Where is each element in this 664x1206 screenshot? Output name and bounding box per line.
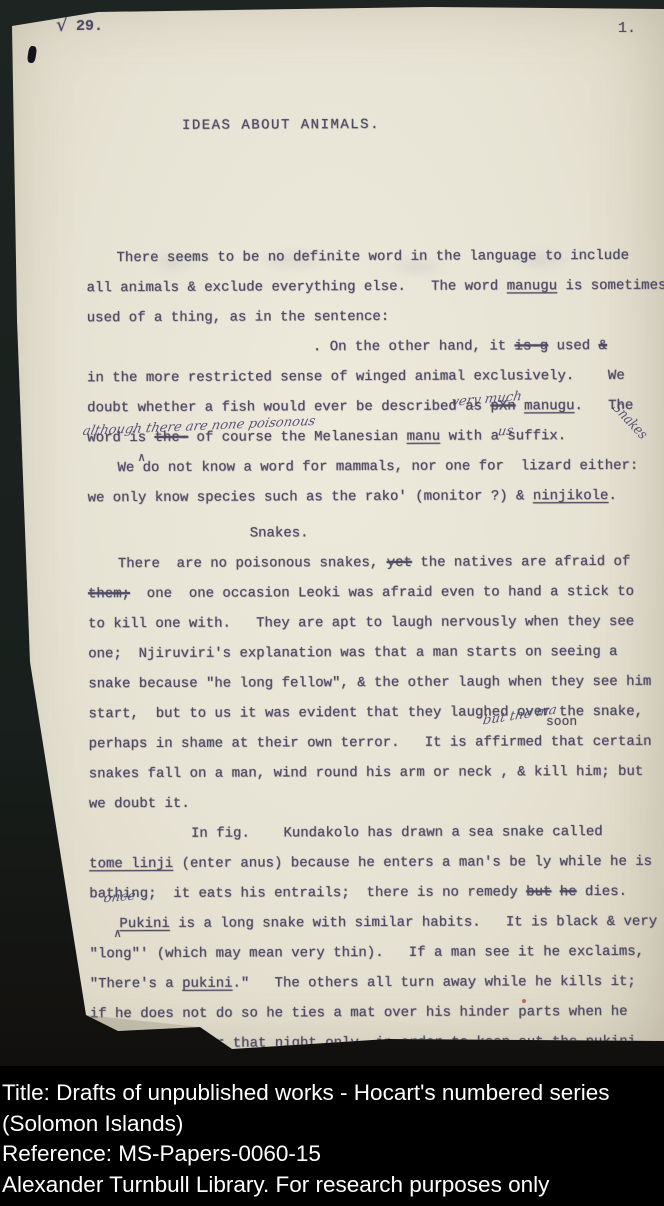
underlined-word: manugu: [524, 398, 574, 414]
typed-text-segment: all animals & exclude everything else. T…: [87, 278, 507, 296]
underlined-word: Pukini: [119, 916, 169, 932]
check-mark: √: [56, 14, 68, 36]
typed-text-segment: (enter anus) because he enters a man's b…: [173, 854, 652, 872]
typed-line: them; one one occasion Leoki was afraid …: [88, 577, 658, 609]
page-number: 1.: [618, 20, 636, 37]
handwritten-annotation-once: once: [103, 889, 137, 907]
caption-library: Alexander Turnbull Library. For research…: [2, 1170, 664, 1201]
typed-text-segment: snakes fall on a man, wind round his arm…: [89, 764, 644, 782]
typed-line: "long"' (which may mean very thin). If a…: [89, 937, 659, 969]
typed-line: Snakes.: [88, 517, 658, 549]
typed-text-segment: dies.: [577, 884, 627, 900]
typed-text-segment: one; Njiruviri's explanation was that a …: [88, 644, 617, 662]
underlined-word: tome linji: [89, 856, 173, 872]
typed-line: snake because "he long fellow", & the ot…: [88, 667, 658, 699]
handwritten-annotation-us: us: [497, 423, 515, 439]
caption-title-line1: Title: Drafts of unpublished works - Hoc…: [2, 1078, 664, 1109]
typed-text-segment: .: [608, 488, 616, 504]
struck-word: is-g: [515, 338, 549, 354]
ink-blot: [27, 45, 38, 63]
typed-text-segment: we doubt it.: [89, 796, 190, 812]
typed-text-segment: used: [548, 338, 598, 354]
typed-text-segment: goes to bed, for that night only, in ord…: [90, 1034, 586, 1052]
typed-line: in the more restricted sense of winged a…: [87, 361, 657, 393]
typed-text-segment: There seems to be no definite word in th…: [116, 248, 629, 266]
scanned-document-viewer: √ 29. 1. IDEAS ABOUT ANIMALS. There seem…: [0, 0, 664, 1206]
typed-line: bathing; it eats his entrails; there is …: [89, 877, 659, 909]
typed-annotation-soon: soon: [546, 714, 577, 729]
underlined-word: manu: [407, 429, 441, 445]
underlined-word: ninjikole: [533, 488, 609, 504]
typed-text-segment: Snakes.: [250, 525, 309, 541]
typed-text-segment: .: [636, 1034, 644, 1050]
typed-text-segment: . On the other hand, it: [313, 338, 515, 355]
struck-word: but: [526, 884, 551, 900]
caret-mark: ∧: [138, 450, 145, 465]
underlined-word: pukini: [586, 1034, 636, 1050]
struck-word: &: [599, 338, 607, 354]
typed-text-segment: [551, 884, 559, 900]
typed-line: snakes fall on a man, wind round his arm…: [89, 757, 659, 789]
typed-text-segment: to kill one with. They are apt to laugh …: [88, 614, 634, 632]
typed-text-segment: There are no poisonous snakes,: [118, 555, 387, 572]
caret-mark: ∧: [114, 926, 121, 941]
typed-text-segment: if he does not do so he ties a mat over …: [90, 1004, 628, 1022]
typed-line: doubt whether a fish would ever be descr…: [87, 391, 657, 423]
typed-text-segment: one one occasion Leoki was afraid even t…: [130, 584, 634, 602]
typed-line: goes to bed, for that night only, in ord…: [90, 1027, 660, 1059]
typed-text-segment: "There's a: [90, 976, 182, 992]
manuscript-page: √ 29. 1. IDEAS ABOUT ANIMALS. There seem…: [0, 0, 664, 1058]
typed-text-segment: the natives are afraid of: [412, 554, 631, 571]
underlined-word: manugu: [507, 278, 557, 294]
caption-bar: Title: Drafts of unpublished works - Hoc…: [0, 1066, 664, 1206]
paper-stain: [9, 963, 14, 968]
typed-text: IDEAS ABOUT ANIMALS. There seems to be n…: [86, 49, 661, 1149]
typed-text-segment: we only know species such as the rako' (…: [88, 488, 533, 506]
document-title: IDEAS ABOUT ANIMALS.: [86, 109, 656, 141]
typed-line: . On the other hand, it is-g used &: [87, 331, 657, 363]
series-number: 29.: [76, 18, 103, 35]
struck-word: yet: [387, 555, 412, 571]
typed-text-segment: snake because "he long fellow", & the ot…: [88, 674, 651, 692]
typed-line: all animals & exclude everything else. T…: [87, 271, 657, 303]
typed-text-segment: ." The others all turn away while he kil…: [232, 974, 635, 992]
typed-line: "There's a pukini." The others all turn …: [90, 967, 660, 999]
typed-line: to kill one with. They are apt to laugh …: [88, 607, 658, 639]
typed-line: one; Njiruviri's explanation was that a …: [88, 637, 658, 669]
typed-line: We do not know a word for mammals, nor o…: [87, 451, 657, 483]
typed-line: Pukini is a long snake with similar habi…: [89, 907, 659, 939]
typed-line: we only know species such as the rako' (…: [87, 481, 657, 513]
typed-line: There seems to be no definite word in th…: [86, 241, 656, 273]
struck-word: he: [560, 884, 577, 900]
typed-text-segment: doubt whether a fish would ever be descr…: [87, 398, 490, 416]
caption-title-line2: (Solomon Islands): [2, 1109, 664, 1140]
typed-text-segment: is a long snake with similar habits. It …: [170, 914, 657, 932]
typed-text-segment: in the more restricted sense of winged a…: [87, 368, 625, 386]
typed-line: we doubt it.: [89, 787, 659, 819]
typed-line: There are no poisonous snakes, yet the n…: [88, 547, 658, 579]
typed-line: In fig. Kundakolo has drawn a sea snake …: [89, 817, 659, 849]
typed-line: used of a thing, as in the sentence:: [87, 301, 657, 333]
typed-text-segment: We do not know a word for mammals, nor o…: [117, 458, 638, 476]
typed-text-segment: is sometimes: [557, 278, 664, 294]
struck-word: them;: [88, 586, 130, 602]
typed-line: tome linji (enter anus) because he enter…: [89, 847, 659, 879]
typed-text-segment: perhaps in shame at their own terror. It…: [89, 734, 652, 752]
typed-text-segment: used of a thing, as in the sentence:: [87, 309, 390, 326]
typed-text-segment: In fig. Kundakolo has drawn a sea snake …: [191, 824, 603, 842]
page-header: √ 29. 1.: [0, 16, 664, 46]
underlined-word: pukini: [182, 976, 232, 992]
typed-line: perhaps in shame at their own terror. It…: [89, 727, 659, 759]
typed-line: if he does not do so he ties a mat over …: [90, 997, 660, 1029]
caption-reference: Reference: MS-Papers-0060-15: [2, 1139, 664, 1170]
typed-text-segment: bathing; it eats his entrails; there is …: [89, 884, 526, 902]
typed-text-segment: "long"' (which may mean very thin). If a…: [90, 944, 645, 962]
